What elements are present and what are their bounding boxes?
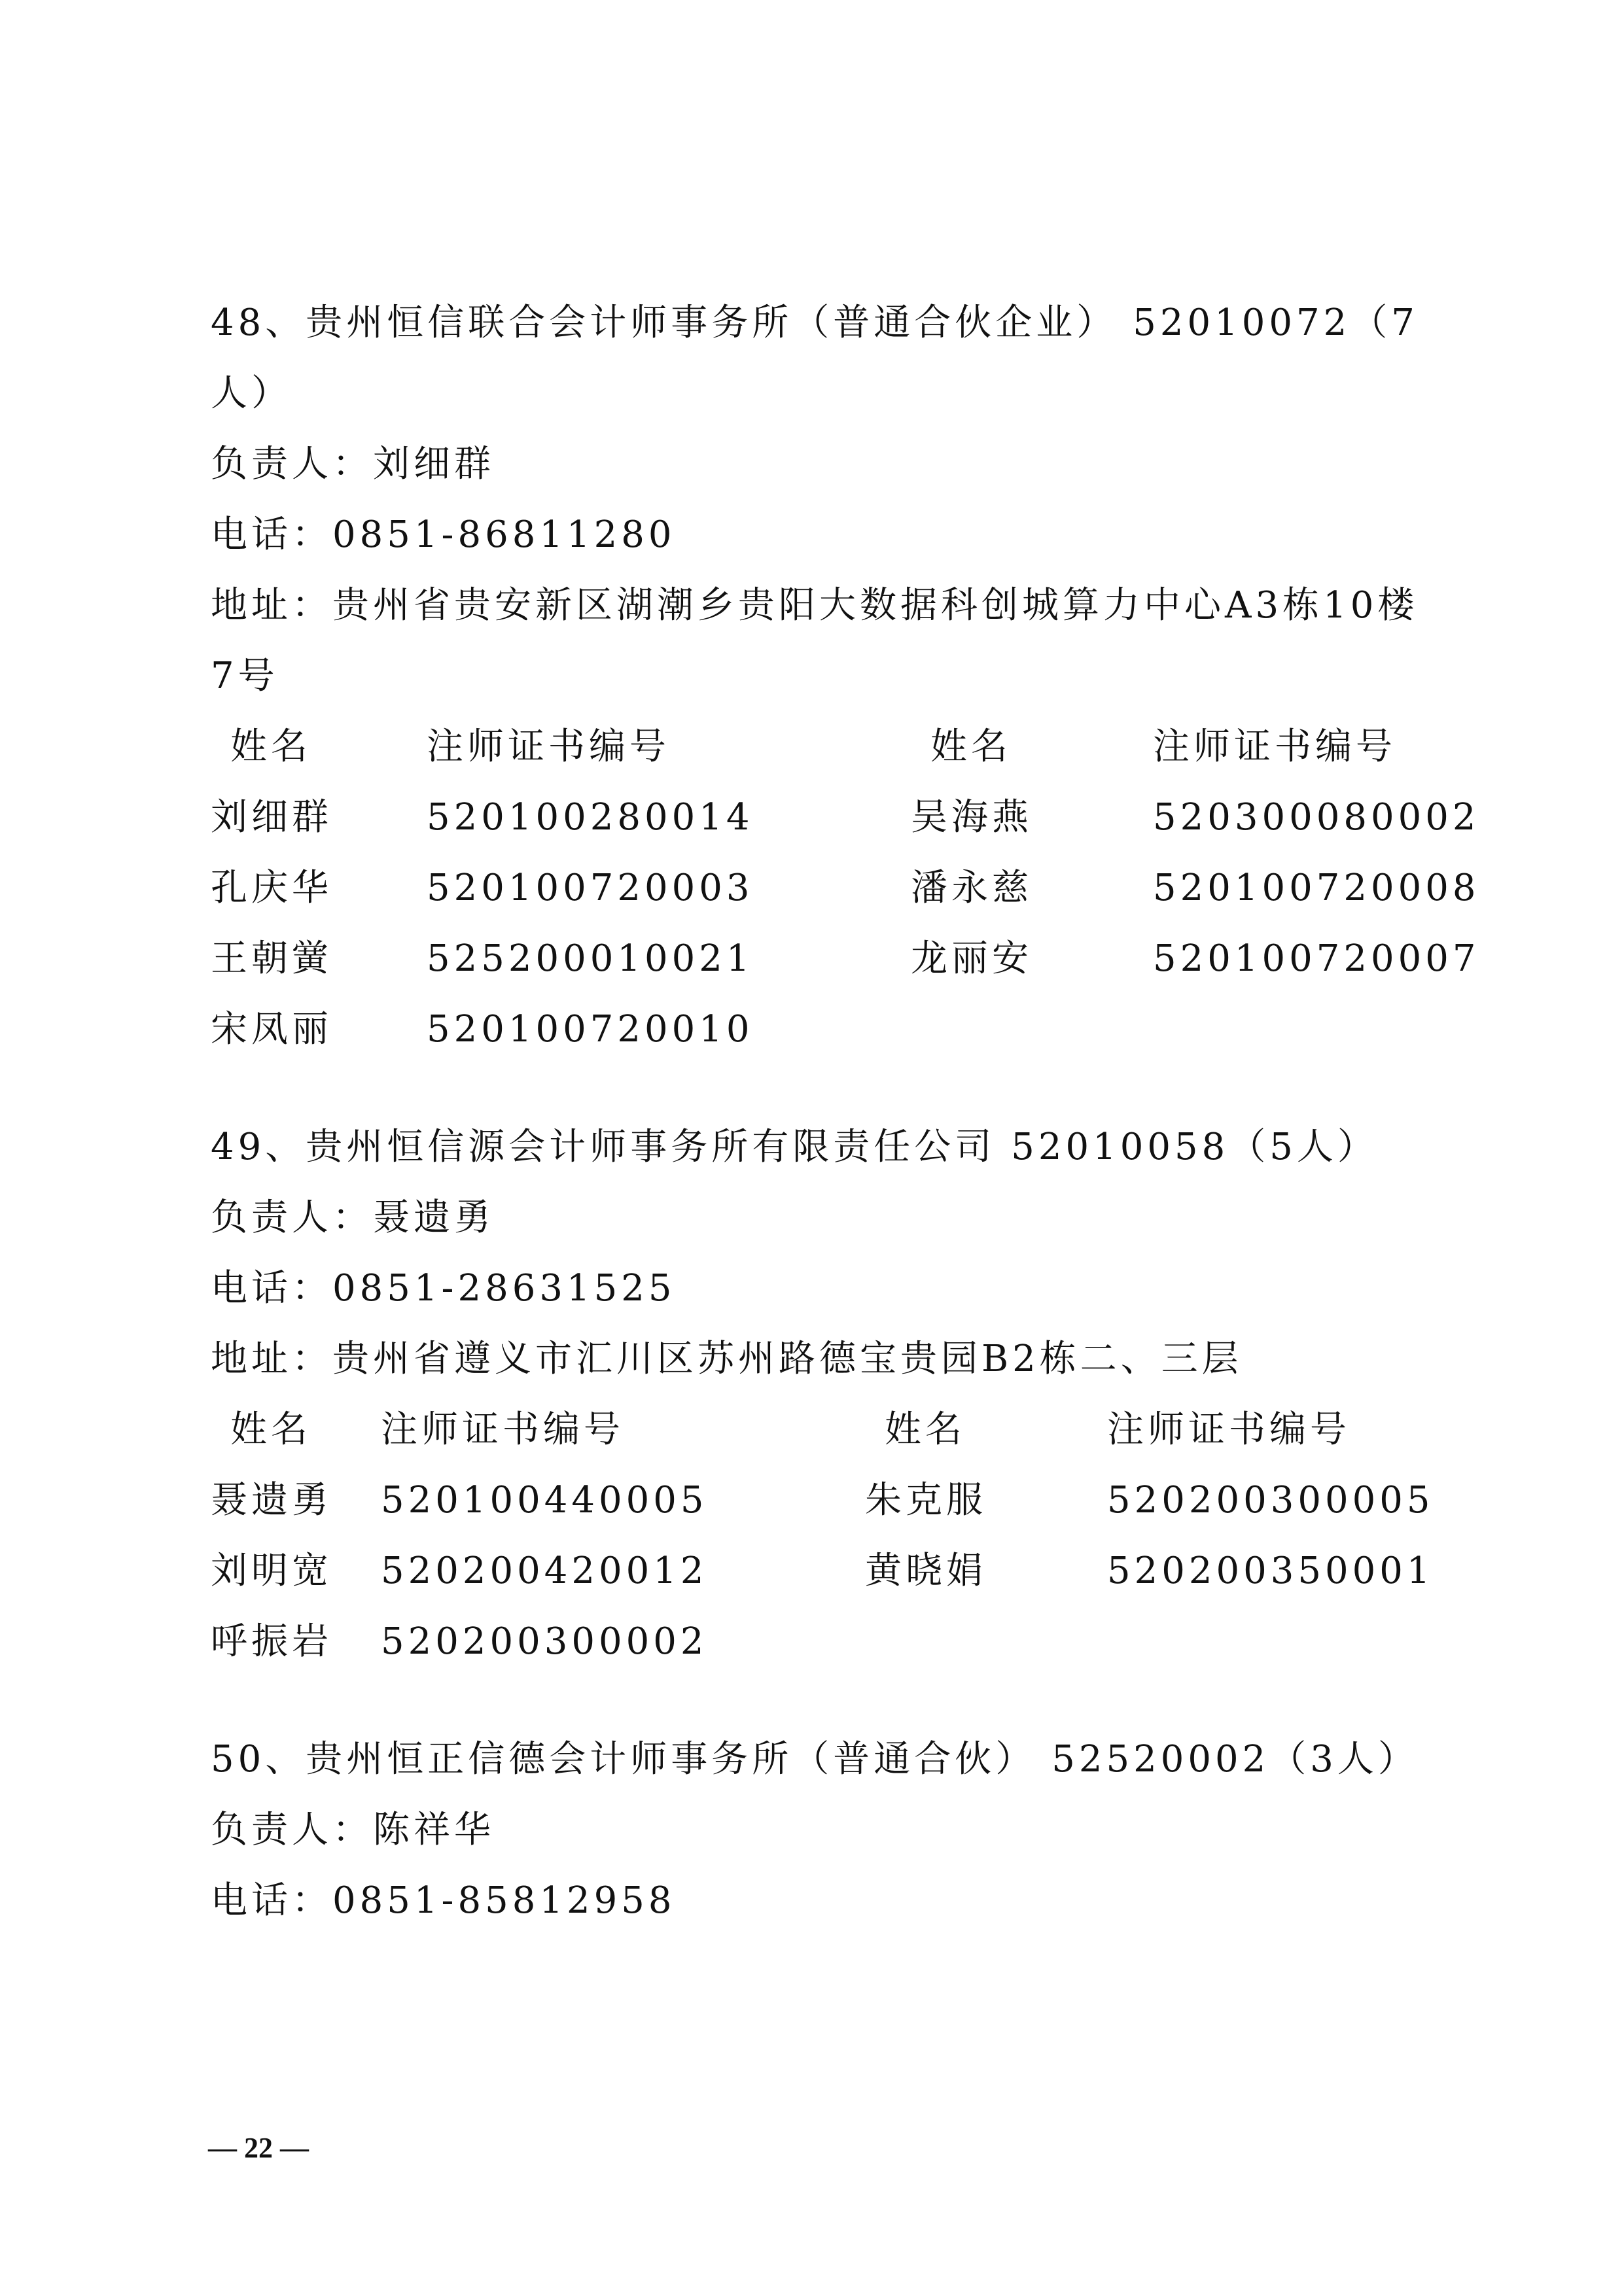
- cpa-cert-no: 520300080002: [1153, 782, 1434, 853]
- firm-name: 49、贵州恒信源会计师事务所有限责任公司: [211, 1126, 995, 1168]
- firm-code: 52010058（5人）: [1011, 1126, 1378, 1168]
- section-gap: [211, 1677, 1434, 1724]
- firm-heading: 48、贵州恒信联合会计师事务所（普通合伙企业）52010072（7人）: [211, 288, 1434, 429]
- header-cert-no: 注师证书编号: [427, 712, 911, 782]
- address-label: 地址：: [211, 584, 332, 627]
- page-number: — 22 —: [208, 2131, 309, 2165]
- cpa-table: 姓名 注师证书编号 姓名 注师证书编号 刘细群 520100280014 吴海燕…: [211, 712, 1434, 1065]
- cpa-cert-no: 520200300002: [381, 1607, 865, 1677]
- principal-name: 聂遗勇: [373, 1196, 495, 1239]
- header-name: 姓名: [911, 712, 1153, 782]
- principal-line: 负责人：聂遗勇: [211, 1183, 1434, 1253]
- phone-label: 电话：: [211, 1879, 332, 1922]
- phone-line: 电话：0851-28631525: [211, 1253, 1434, 1324]
- firm-name: 48、贵州恒信联合会计师事务所（普通合伙企业）: [211, 302, 1117, 344]
- cpa-name: 刘明宽: [211, 1536, 381, 1607]
- firm-name: 50、贵州恒正信德会计师事务所（普通合伙）: [211, 1738, 1036, 1781]
- cpa-cert-no: 520100280014: [427, 782, 911, 853]
- cpa-cert-no: 520100720008: [1153, 853, 1434, 924]
- cpa-name: 孔庆华: [211, 853, 427, 924]
- firm-entry-50: 50、贵州恒正信德会计师事务所（普通合伙）52520002（3人） 负责人：陈祥…: [211, 1724, 1434, 1936]
- cpa-name: [865, 1607, 1107, 1677]
- cpa-name: 潘永慈: [911, 853, 1153, 924]
- header-cert-no: 注师证书编号: [1107, 1395, 1434, 1465]
- cpa-cert-no: 520200350001: [1107, 1536, 1434, 1607]
- header-name: 姓名: [865, 1395, 1107, 1465]
- cpa-name: 王朝黉: [211, 924, 427, 994]
- phone-label: 电话：: [211, 513, 332, 556]
- firm-entry-49: 49、贵州恒信源会计师事务所有限责任公司52010058（5人） 负责人：聂遗勇…: [211, 1112, 1434, 1677]
- cpa-name: 龙丽安: [911, 924, 1153, 994]
- cpa-cert-no: [1153, 994, 1434, 1065]
- firm-entry-48: 48、贵州恒信联合会计师事务所（普通合伙企业）52010072（7人） 负责人：…: [211, 288, 1434, 1065]
- cpa-table: 姓名 注师证书编号 姓名 注师证书编号 聂遗勇 520100440005 朱克服…: [211, 1395, 1434, 1677]
- principal-line: 负责人：陈祥华: [211, 1795, 1434, 1866]
- principal-label: 负责人：: [211, 1196, 373, 1239]
- document-page: 48、贵州恒信联合会计师事务所（普通合伙企业）52010072（7人） 负责人：…: [0, 0, 1624, 2296]
- firm-code: 52520002（3人）: [1051, 1738, 1419, 1781]
- cpa-name: 刘细群: [211, 782, 427, 853]
- principal-line: 负责人：刘细群: [211, 429, 1434, 500]
- cpa-cert-no: 520100440005: [381, 1465, 865, 1536]
- phone-number: 0851-28631525: [332, 1267, 675, 1310]
- cpa-name: 黄晓娟: [865, 1536, 1107, 1607]
- address-line: 地址：贵州省贵安新区湖潮乡贵阳大数据科创城算力中心A3栋10楼7号: [211, 570, 1434, 712]
- address-text: 贵州省贵安新区湖潮乡贵阳大数据科创城算力中心A3栋10楼7号: [211, 584, 1418, 697]
- principal-label: 负责人：: [211, 1809, 373, 1851]
- phone-line: 电话：0851-85812958: [211, 1866, 1434, 1936]
- phone-number: 0851-85812958: [332, 1879, 675, 1922]
- firm-heading: 49、贵州恒信源会计师事务所有限责任公司52010058（5人）: [211, 1112, 1434, 1183]
- header-cert-no: 注师证书编号: [381, 1395, 865, 1465]
- principal-name: 刘细群: [373, 443, 495, 485]
- cpa-cert-no: 520100720010: [427, 994, 911, 1065]
- page-content: 48、贵州恒信联合会计师事务所（普通合伙企业）52010072（7人） 负责人：…: [211, 288, 1434, 1936]
- cpa-cert-no: 520200300005: [1107, 1465, 1434, 1536]
- phone-line: 电话：0851-86811280: [211, 500, 1434, 570]
- phone-number: 0851-86811280: [332, 513, 675, 556]
- address-line: 地址：贵州省遵义市汇川区苏州路德宝贵园B2栋二、三层: [211, 1324, 1434, 1395]
- firm-heading: 50、贵州恒正信德会计师事务所（普通合伙）52520002（3人）: [211, 1724, 1434, 1795]
- cpa-name: [911, 994, 1153, 1065]
- cpa-cert-no: 525200010021: [427, 924, 911, 994]
- cpa-name: 呼振岩: [211, 1607, 381, 1677]
- principal-name: 陈祥华: [373, 1809, 495, 1851]
- cpa-name: 吴海燕: [911, 782, 1153, 853]
- cpa-name: 朱克服: [865, 1465, 1107, 1536]
- address-text: 贵州省遵义市汇川区苏州路德宝贵园B2栋二、三层: [332, 1338, 1243, 1380]
- cpa-cert-no: 520100720003: [427, 853, 911, 924]
- header-name: 姓名: [211, 712, 427, 782]
- header-cert-no: 注师证书编号: [1153, 712, 1434, 782]
- address-label: 地址：: [211, 1338, 332, 1380]
- principal-label: 负责人：: [211, 443, 373, 485]
- cpa-cert-no: 520200420012: [381, 1536, 865, 1607]
- phone-label: 电话：: [211, 1267, 332, 1310]
- section-gap: [211, 1065, 1434, 1112]
- cpa-name: 聂遗勇: [211, 1465, 381, 1536]
- cpa-cert-no: 520100720007: [1153, 924, 1434, 994]
- header-name: 姓名: [211, 1395, 381, 1465]
- cpa-cert-no: [1107, 1607, 1434, 1677]
- cpa-name: 宋凤丽: [211, 994, 427, 1065]
